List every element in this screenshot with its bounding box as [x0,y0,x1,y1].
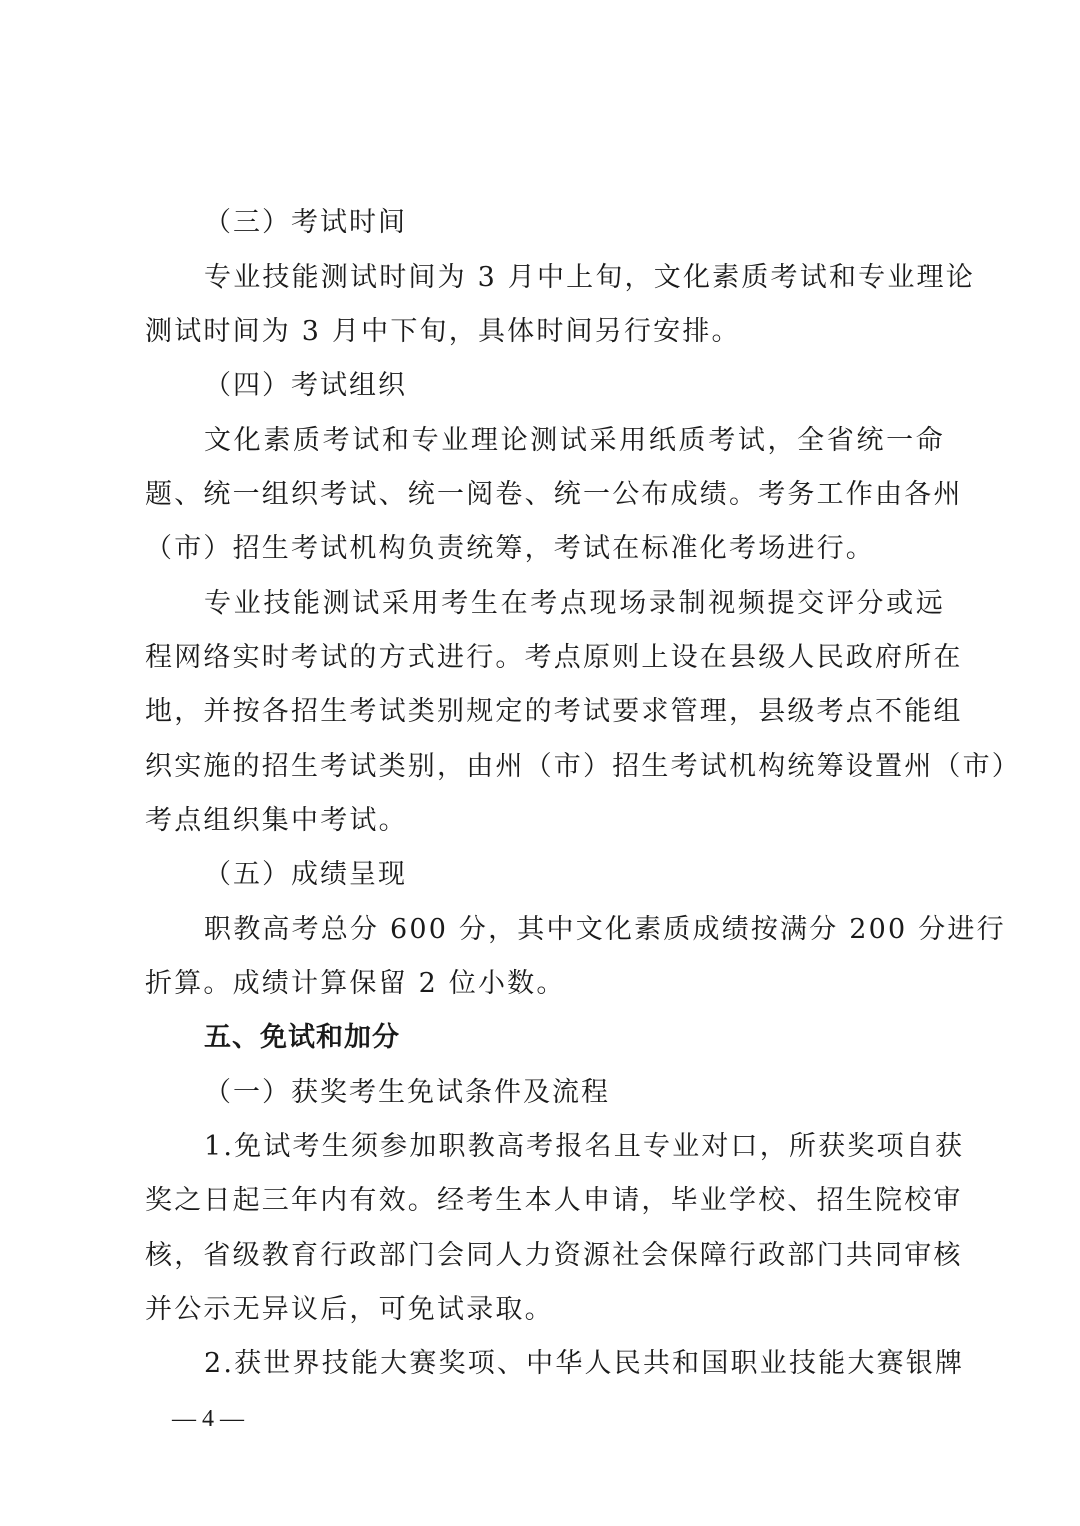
chapter-heading-exemption-and-bonus: 五、免试和加分 [204,1021,400,1055]
paragraph-line: 专业技能测试采用考生在考点现场录制视频提交评分或远 [204,587,945,621]
paragraph-line: 奖之日起三年内有效。经考生本人申请，毕业学校、招生院校审 [145,1184,945,1218]
section-heading-score-presentation: （五）成绩呈现 [204,858,407,892]
subsection-heading-award-exemption: （一）获奖考生免试条件及流程 [204,1076,610,1110]
paragraph-line: 测试时间为 3 月中下旬，具体时间另行安排。 [145,315,945,349]
paragraph-line: 并公示无异议后，可免试录取。 [145,1293,945,1327]
page-number: — 4 — [172,1404,244,1434]
section-heading-exam-time: （三）考试时间 [204,206,407,240]
paragraph-line: 折算。成绩计算保留 2 位小数。 [145,967,945,1001]
paragraph-line: 职教高考总分 600 分，其中文化素质成绩按满分 200 分进行 [204,913,945,947]
paragraph-line: 织实施的招生考试类别，由州（市）招生考试机构统筹设置州（市） [145,750,945,784]
paragraph-line: 专业技能测试时间为 3 月中上旬，文化素质考试和专业理论 [204,261,945,295]
paragraph-line: 考点组织集中考试。 [145,804,945,838]
document-page: （三）考试时间 专业技能测试时间为 3 月中上旬，文化素质考试和专业理论 测试时… [0,0,1080,1526]
paragraph-line: 题、统一组织考试、统一阅卷、统一公布成绩。考务工作由各州 [145,478,945,512]
paragraph-line: 程网络实时考试的方式进行。考点原则上设在县级人民政府所在 [145,641,945,675]
paragraph-line: 地，并按各招生考试类别规定的考试要求管理，县级考点不能组 [145,695,945,729]
paragraph-line: 文化素质考试和专业理论测试采用纸质考试，全省统一命 [204,424,945,458]
paragraph-line: 2.获世界技能大赛奖项、中华人民共和国职业技能大赛银牌 [204,1347,945,1381]
section-heading-exam-organization: （四）考试组织 [204,369,407,403]
paragraph-line: 1.免试考生须参加职教高考报名且专业对口，所获奖项自获 [204,1130,945,1164]
paragraph-line: （市）招生考试机构负责统筹，考试在标准化考场进行。 [145,532,945,566]
paragraph-line: 核，省级教育行政部门会同人力资源社会保障行政部门共同审核 [145,1239,945,1273]
